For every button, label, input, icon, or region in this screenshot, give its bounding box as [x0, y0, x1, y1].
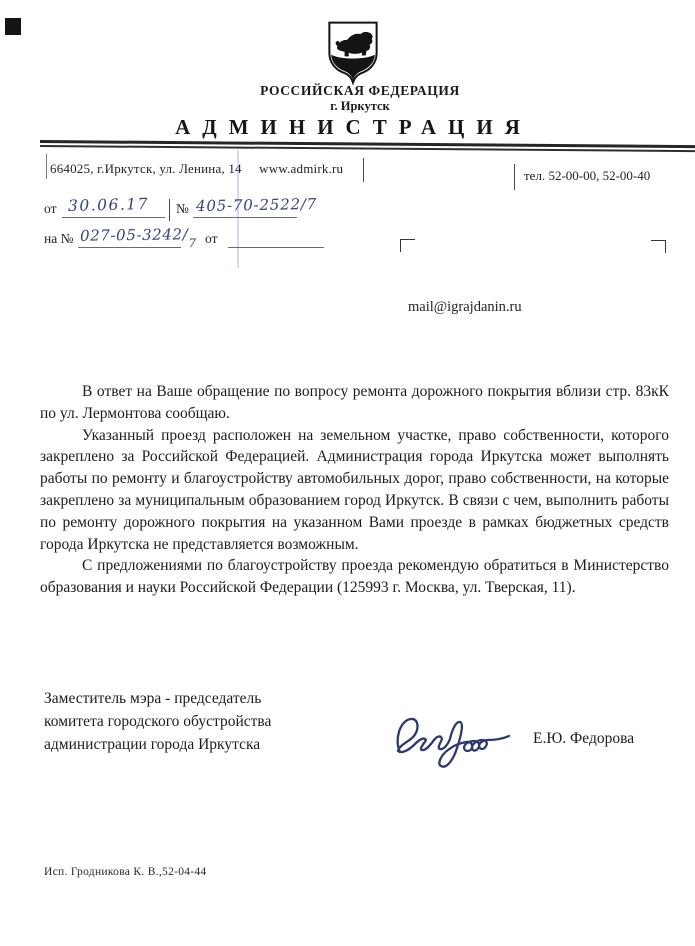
signature-autograph [388, 706, 516, 774]
divider-tick-right [514, 164, 515, 190]
reply-date-underline [228, 247, 324, 248]
addressee-email: mail@igrajdanin.ru [408, 299, 522, 316]
ref-number-underline [193, 217, 297, 218]
header-address-line: 664025, г.Иркутск, ул. Ленина, 14 www.ad… [50, 161, 343, 177]
reply-number-denominator: 7 [188, 236, 196, 250]
signer-position-line-2: комитета городского обустройства [44, 710, 271, 733]
ref-number-label: № [176, 201, 189, 217]
reply-ref-label: на № [44, 231, 73, 247]
addressee-corner-bracket-right [651, 240, 666, 253]
header-organization-title: АДМИНИСТРАЦИЯ [0, 115, 695, 140]
reply-number-main: 027-05-3242 [80, 225, 183, 244]
divider-tick-mid [363, 158, 364, 182]
signer-position-line-3: администрации города Иркутска [44, 733, 271, 756]
scan-artifact-mark [5, 18, 21, 35]
executor-line: Исп. Гродникова К. В.,52-04-44 [44, 866, 207, 878]
body-paragraph-1: В ответ на Ваше обращение по вопросу рем… [40, 381, 669, 425]
body-paragraph-2: Указанный проезд расположен на земельном… [40, 425, 669, 556]
header-city: г. Иркутск [30, 99, 690, 114]
website-text: www.admirk.ru [259, 161, 343, 176]
header-country: РОССИЙСКАЯ ФЕДЕРАЦИЯ [30, 83, 690, 99]
header-double-rule [40, 140, 695, 152]
body-paragraph-3: С предложениями по благоустройству проез… [40, 555, 669, 599]
postal-address: 664025, г.Иркутск, ул. Ленина, 14 [50, 161, 242, 176]
reply-from-label: от [205, 231, 217, 247]
ref-from-label: от [44, 201, 56, 217]
letter-body: В ответ на Ваше обращение по вопросу рем… [40, 381, 669, 599]
reply-number-underline [78, 247, 181, 248]
signer-position-block: Заместитель мэра - председатель комитета… [44, 687, 271, 756]
addressee-corner-bracket-left [400, 239, 415, 252]
ref-date-underline [62, 217, 165, 218]
signer-name: Е.Ю. Федорова [533, 730, 634, 748]
ref-number-handwritten: 405-70-2522/7 [196, 195, 317, 215]
reply-number-handwritten: 027-05-3242/7 [80, 225, 197, 245]
ref-divider-tick [169, 199, 170, 221]
divider-tick-left [46, 154, 47, 179]
signer-position-line-1: Заместитель мэра - председатель [44, 687, 271, 710]
header-phone-line: тел. 52-00-00, 52-00-40 [524, 168, 650, 184]
ref-date-handwritten: 30.06.17 [68, 195, 149, 215]
scanned-letter-page: РОССИЙСКАЯ ФЕДЕРАЦИЯ г. Иркутск АДМИНИСТ… [0, 0, 695, 946]
irkutsk-coat-of-arms-icon [326, 20, 380, 86]
